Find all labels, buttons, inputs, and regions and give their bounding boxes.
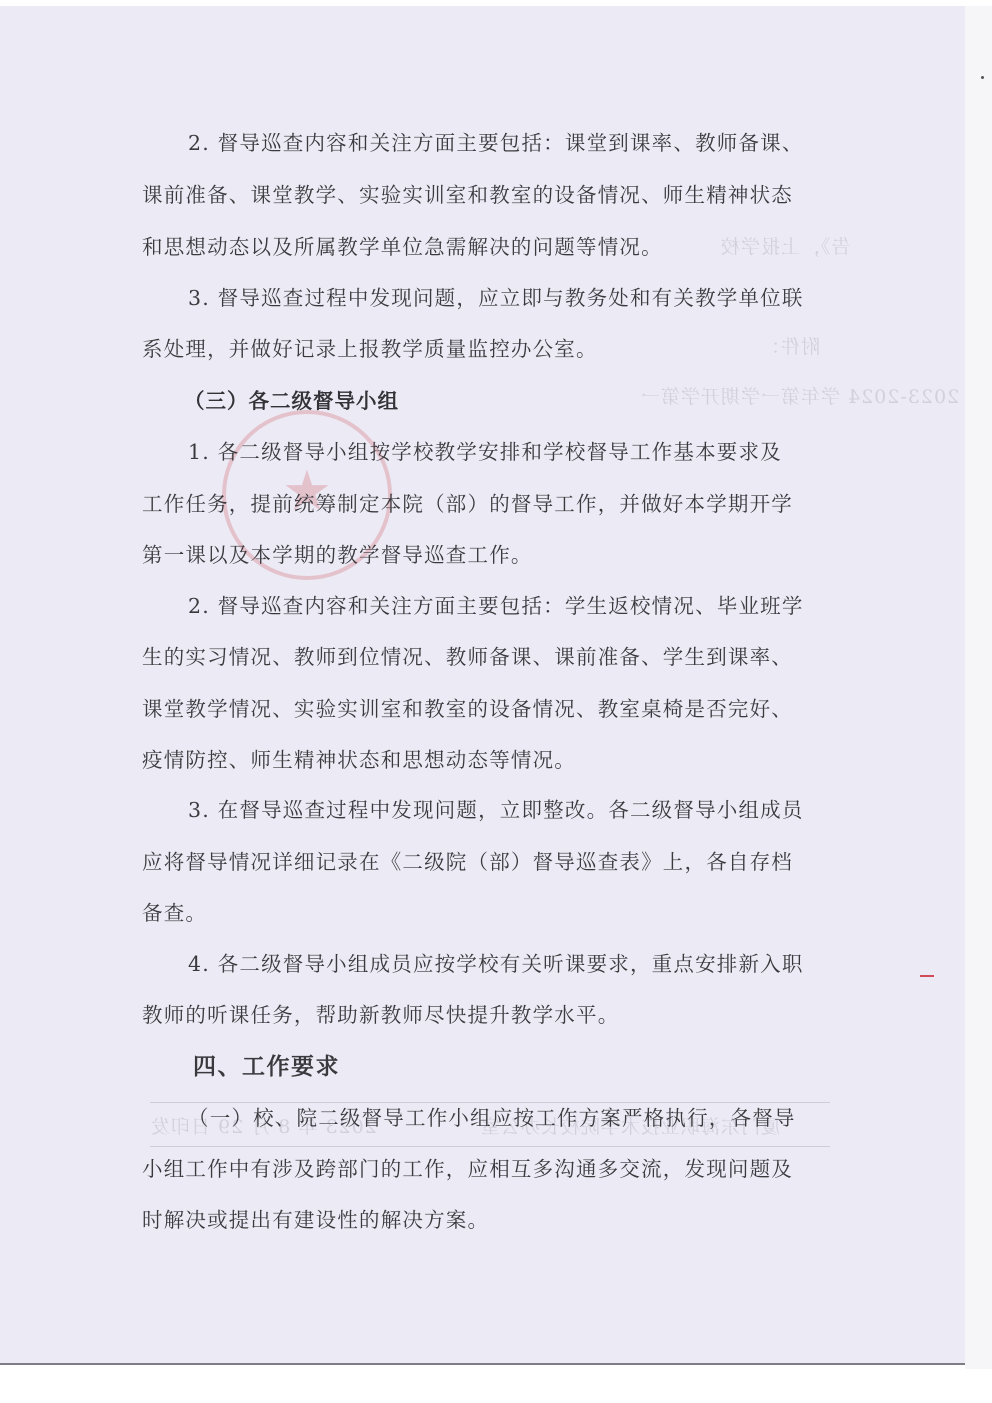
bleed-through-rule	[150, 1146, 830, 1147]
body-text-line: 工作任务，提前统筹制定本院（部）的督导工作，并做好本学期开学	[142, 491, 832, 517]
body-text-line: 4. 各二级督导小组成员应按学校有关听课要求，重点安排新入职	[188, 951, 878, 977]
body-text-line: 2. 督导巡查内容和关注方面主要包括：学生返校情况、毕业班学	[188, 593, 878, 619]
scan-mark	[920, 975, 934, 977]
scan-speck	[981, 76, 984, 79]
body-text-line: 课堂教学情况、实验实训室和教室的设备情况、教室桌椅是否完好、	[142, 696, 832, 722]
body-text-line: 疫情防控、师生精神状态和思想动态等情况。	[142, 747, 832, 773]
body-text-line: 3. 督导巡查过程中发现问题，应立即与教务处和有关教学单位联	[188, 285, 878, 311]
body-text-line: 第一课以及本学期的教学督导巡查工作。	[142, 542, 832, 568]
bleed-through-text: 2023-2024 学年第一学期开学第一	[640, 382, 959, 409]
body-text-line: 2. 督导巡查内容和关注方面主要包括：课堂到课率、教师备课、	[188, 130, 878, 156]
section-heading: 四、工作要求	[193, 1053, 340, 1081]
body-text-line: 小组工作中有涉及跨部门的工作，应相互多沟通多交流，发现问题及	[142, 1156, 832, 1182]
scan-margin	[965, 6, 992, 1369]
body-text-line: 系处理，并做好记录上报教学质量监控办公室。	[142, 336, 832, 362]
body-text-line: 和思想动态以及所属教学单位急需解决的问题等情况。	[142, 234, 832, 260]
body-text-line: 教师的听课任务，帮助新教师尽快提升教学水平。	[142, 1002, 832, 1028]
section-subheading: （三）各二级督导小组	[184, 388, 399, 414]
body-text-line: 1. 各二级督导小组按学校教学安排和学校督导工作基本要求及	[188, 439, 878, 465]
body-text-line: （一）校、院二级督导工作小组应按工作方案严格执行，各督导	[188, 1105, 878, 1131]
body-text-line: 课前准备、课堂教学、实验实训室和教室的设备情况、师生精神状态	[142, 182, 832, 208]
bleed-through-rule	[150, 1102, 830, 1103]
body-text-line: 时解决或提出有建设性的解决方案。	[142, 1207, 832, 1233]
body-text-line: 应将督导情况详细记录在《二级院（部）督导巡查表》上，各自存档	[142, 849, 832, 875]
body-text-line: 生的实习情况、教师到位情况、教师备课、课前准备、学生到课率、	[142, 644, 832, 670]
body-text-line: 备查。	[142, 900, 832, 926]
body-text-line: 3. 在督导巡查过程中发现问题，立即整改。各二级督导小组成员	[188, 797, 878, 823]
